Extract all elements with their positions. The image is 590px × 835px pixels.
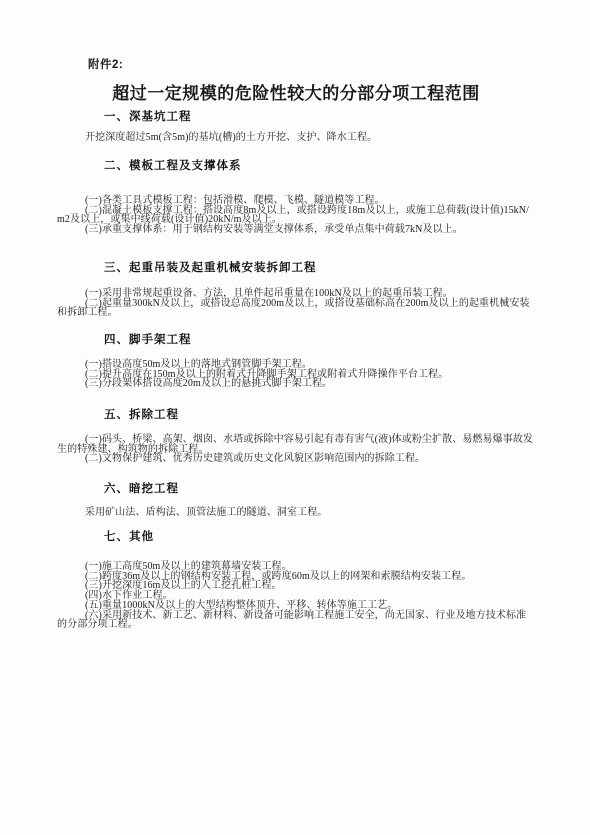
section-body: (一)搭设高度50m及以上的落地式钢管脚手架工程。 (二)提升高度在150m及以… — [57, 360, 535, 389]
paragraph: (二)文物保护建筑、优秀历史建筑或历史文化风貌区影响范围内的拆除工程。 — [57, 454, 535, 464]
section-heading: 三、起重吊装及起重机械安装拆卸工程 — [104, 262, 535, 274]
section-lifting-machinery: 三、起重吊装及起重机械安装拆卸工程 (一)采用非常规起重设备、方法，且单件起吊重… — [57, 262, 535, 318]
attachment-label: 附件2: — [88, 56, 123, 72]
section-body: (一)码头、桥梁、高架、烟囱、水塔或拆除中容易引起有毒有害气(液)体或粉尘扩散、… — [57, 435, 535, 464]
section-body: (一)施工高度50m及以上的建筑幕墙安装工程。 (二)跨度36m及以上的钢结构安… — [57, 562, 535, 630]
section-deep-excavation: 一、深基坑工程 开挖深度超过5m(含5m)的基坑(槽)的土方开挖、支护、降水工程… — [57, 111, 535, 143]
paragraph: (二)起重量300kN及以上，或搭设总高度200m及以上，或搭设基础标高在200… — [57, 299, 535, 318]
section-others: 七、其他 (一)施工高度50m及以上的建筑幕墙安装工程。 (二)跨度36m及以上… — [57, 531, 535, 630]
paragraph: (三)承重支撑体系：用于钢结构安装等满堂支撑体系，承受单点集中荷载7kN及以上。 — [57, 225, 535, 235]
section-body: 开挖深度超过5m(含5m)的基坑(槽)的土方开挖、支护、降水工程。 — [57, 133, 535, 143]
page-title: 超过一定规模的危险性较大的分部分项工程范围 — [57, 79, 535, 104]
section-heading: 五、拆除工程 — [104, 409, 535, 421]
section-demolition: 五、拆除工程 (一)码头、桥梁、高架、烟囱、水塔或拆除中容易引起有毒有害气(液)… — [57, 409, 535, 464]
section-heading: 六、暗挖工程 — [104, 483, 535, 495]
paragraph: (三)分段架体搭设高度20m及以上的悬挑式脚手架工程。 — [57, 379, 535, 389]
paragraph: (二)混凝土模板支撑工程：搭设高度8m及以上，或搭设跨度18m及以上，或施工总荷… — [57, 206, 535, 225]
section-heading: 四、脚手架工程 — [104, 334, 535, 346]
document-page: 附件2: 超过一定规模的危险性较大的分部分项工程范围 一、深基坑工程 开挖深度超… — [0, 0, 590, 835]
section-body: (一)各类工具式模板工程：包括滑模、爬模、飞模、隧道模等工程。 (二)混凝土模板… — [57, 196, 535, 235]
section-body: 采用矿山法、盾构法、顶管法施工的隧道、洞室工程。 — [57, 508, 535, 518]
paragraph: (六)采用新技术、新工艺、新材料、新设备可能影响工程施工安全，尚无国家、行业及地… — [57, 611, 535, 630]
paragraph: 采用矿山法、盾构法、顶管法施工的隧道、洞室工程。 — [57, 508, 535, 518]
section-underground-excavation: 六、暗挖工程 采用矿山法、盾构法、顶管法施工的隧道、洞室工程。 — [57, 483, 535, 518]
section-body: (一)采用非常规起重设备、方法，且单件起吊重量在100kN及以上的起重吊装工程。… — [57, 289, 535, 318]
section-heading: 一、深基坑工程 — [104, 111, 535, 123]
section-heading: 二、模板工程及支撑体系 — [104, 160, 535, 172]
section-formwork-support: 二、模板工程及支撑体系 (一)各类工具式模板工程：包括滑模、爬模、飞模、隧道模等… — [57, 160, 535, 235]
section-scaffolding: 四、脚手架工程 (一)搭设高度50m及以上的落地式钢管脚手架工程。 (二)提升高… — [57, 334, 535, 389]
paragraph: 开挖深度超过5m(含5m)的基坑(槽)的土方开挖、支护、降水工程。 — [57, 133, 535, 143]
section-heading: 七、其他 — [104, 531, 535, 543]
paragraph: (一)码头、桥梁、高架、烟囱、水塔或拆除中容易引起有毒有害气(液)体或粉尘扩散、… — [57, 435, 535, 454]
